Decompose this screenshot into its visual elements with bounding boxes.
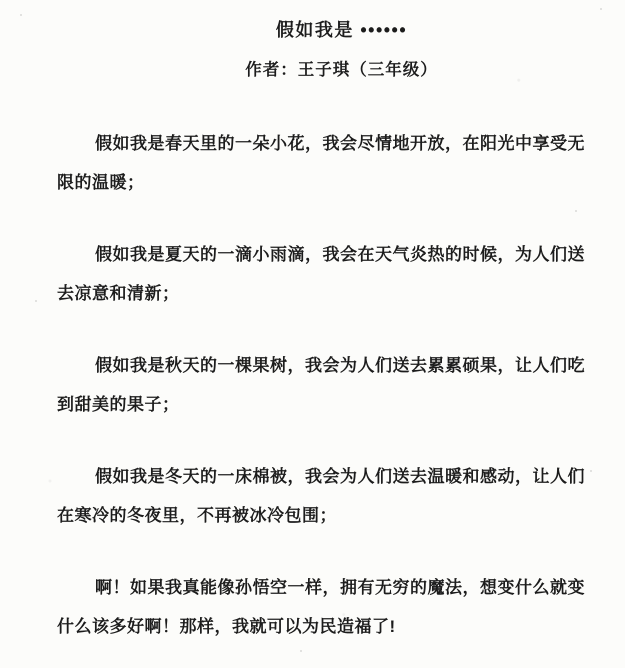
paragraph-line: 假如我是春天里的一朵小花，我会尽情地开放，在阳光中享受无 [57, 124, 587, 163]
scan-noise-speck [20, 14, 22, 16]
scan-noise-speck [300, 650, 302, 652]
scan-noise-speck [600, 8, 602, 10]
paragraph-line: 什么该多好啊！那样，我就可以为民造福了! [57, 607, 587, 646]
paragraph-line: 去凉意和清新； [57, 274, 587, 313]
paragraph-line: 在寒冷的冬夜里，不再被冰冷包围； [57, 496, 587, 535]
essay-paragraph: 假如我是秋天的一棵果树，我会为人们送去累累硕果，让人们吃 到甜美的果子； [57, 346, 587, 424]
essay-paragraph: 假如我是夏天的一滴小雨滴，我会在天气炎热的时候，为人们送 去凉意和清新； [57, 235, 587, 313]
essay-paragraph: 啊！如果我真能像孙悟空一样，拥有无穷的魔法，想变什么就变 什么该多好啊！那样，我… [57, 568, 587, 646]
paragraph-line: 限的温暖； [57, 163, 587, 202]
essay-title: 假如我是 •••••• [0, 0, 625, 43]
paragraph-line: 啊！如果我真能像孙悟空一样，拥有无穷的魔法，想变什么就变 [57, 568, 587, 607]
essay-paragraph: 假如我是冬天的一床棉被，我会为人们送去温暖和感动，让人们 在寒冷的冬夜里，不再被… [57, 457, 587, 535]
essay-body: 假如我是春天里的一朵小花，我会尽情地开放，在阳光中享受无 限的温暖； 假如我是夏… [57, 124, 587, 646]
paragraph-line: 假如我是秋天的一棵果树，我会为人们送去累累硕果，让人们吃 [57, 346, 587, 385]
scan-noise-speck [575, 210, 577, 212]
essay-author-byline: 作者：王子琪（三年级） [0, 58, 625, 82]
document-page: 假如我是 •••••• 作者：王子琪（三年级） 假如我是春天里的一朵小花，我会尽… [0, 0, 625, 668]
scan-noise-speck [590, 470, 592, 472]
essay-paragraph: 假如我是春天里的一朵小花，我会尽情地开放，在阳光中享受无 限的温暖； [57, 124, 587, 202]
scan-noise-speck [35, 300, 37, 302]
paragraph-line: 到甜美的果子； [57, 385, 587, 424]
paragraph-line: 假如我是夏天的一滴小雨滴，我会在天气炎热的时候，为人们送 [57, 235, 587, 274]
paragraph-line: 假如我是冬天的一床棉被，我会为人们送去温暖和感动，让人们 [57, 457, 587, 496]
